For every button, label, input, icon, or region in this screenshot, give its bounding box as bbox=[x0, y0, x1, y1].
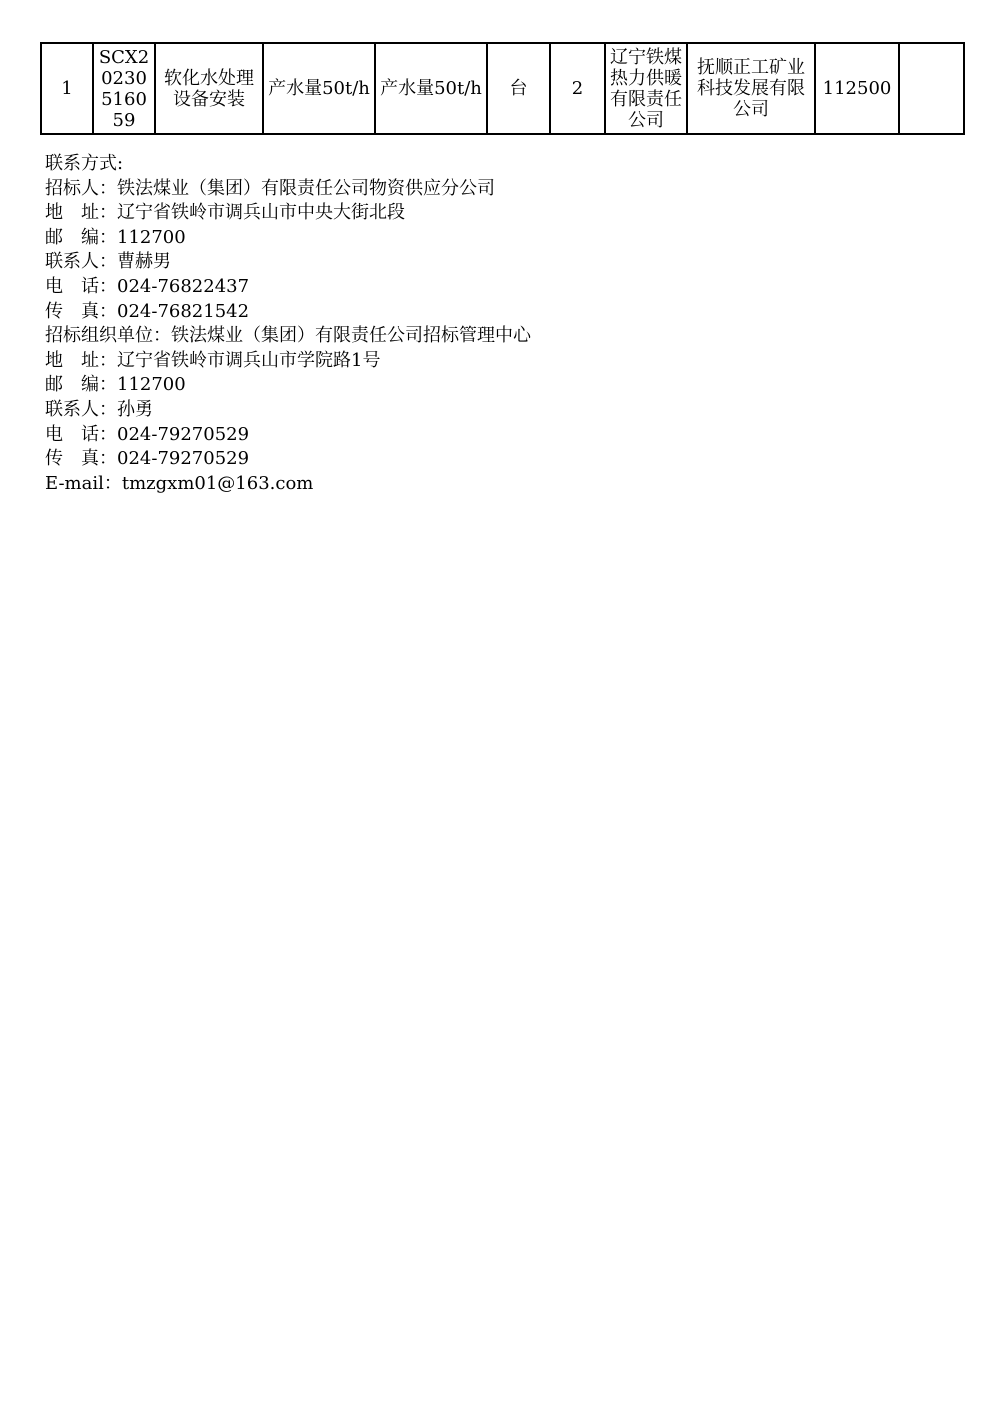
contact-line-tenderer: 招标人：铁法煤业（集团）有限责任公司物资供应分公司 bbox=[45, 177, 531, 202]
cell-amount: 112500 bbox=[815, 43, 899, 134]
cell-quantity: 2 bbox=[550, 43, 605, 134]
contact-line-zipcode-2: 邮 编：112700 bbox=[45, 373, 531, 398]
contact-line-phone-2: 电 话：024-79270529 bbox=[45, 423, 531, 448]
cell-spec-model: 产水量50t/h bbox=[263, 43, 375, 134]
cell-remark bbox=[899, 43, 964, 134]
contact-line-address: 地 址：辽宁省铁岭市调兵山市中央大街北段 bbox=[45, 201, 531, 226]
cell-seq: 1 bbox=[41, 43, 93, 134]
cell-winning-company: 抚顺正工矿业科技发展有限公司 bbox=[687, 43, 815, 134]
contact-heading: 联系方式: bbox=[45, 152, 531, 177]
contact-line-person: 联系人：曹赫男 bbox=[45, 250, 531, 275]
contact-line-phone: 电 话：024-76822437 bbox=[45, 275, 531, 300]
cell-tech-parameter: 产水量50t/h bbox=[375, 43, 487, 134]
contact-line-person-2: 联系人：孙勇 bbox=[45, 398, 531, 423]
table-row: 1 SCX20230516059 软化水处理设备安装 产水量50t/h 产水量5… bbox=[41, 43, 964, 134]
cell-project-code: SCX20230516059 bbox=[93, 43, 155, 134]
bid-result-table: 1 SCX20230516059 软化水处理设备安装 产水量50t/h 产水量5… bbox=[40, 42, 965, 135]
contact-line-email: E-mail：tmzgxm01@163.com bbox=[45, 472, 531, 497]
cell-using-company: 辽宁铁煤热力供暖有限责任公司 bbox=[605, 43, 687, 134]
contact-info-block: 联系方式: 招标人：铁法煤业（集团）有限责任公司物资供应分公司 地 址：辽宁省铁… bbox=[45, 152, 531, 496]
contact-line-fax: 传 真：024-76821542 bbox=[45, 300, 531, 325]
contact-line-organizer: 招标组织单位：铁法煤业（集团）有限责任公司招标管理中心 bbox=[45, 324, 531, 349]
cell-project-name: 软化水处理设备安装 bbox=[155, 43, 263, 134]
contact-line-fax-2: 传 真：024-79270529 bbox=[45, 447, 531, 472]
contact-line-address-2: 地 址：辽宁省铁岭市调兵山市学院路1号 bbox=[45, 349, 531, 374]
cell-unit: 台 bbox=[487, 43, 550, 134]
document-page: 1 SCX20230516059 软化水处理设备安装 产水量50t/h 产水量5… bbox=[0, 0, 992, 1403]
contact-line-zipcode: 邮 编：112700 bbox=[45, 226, 531, 251]
